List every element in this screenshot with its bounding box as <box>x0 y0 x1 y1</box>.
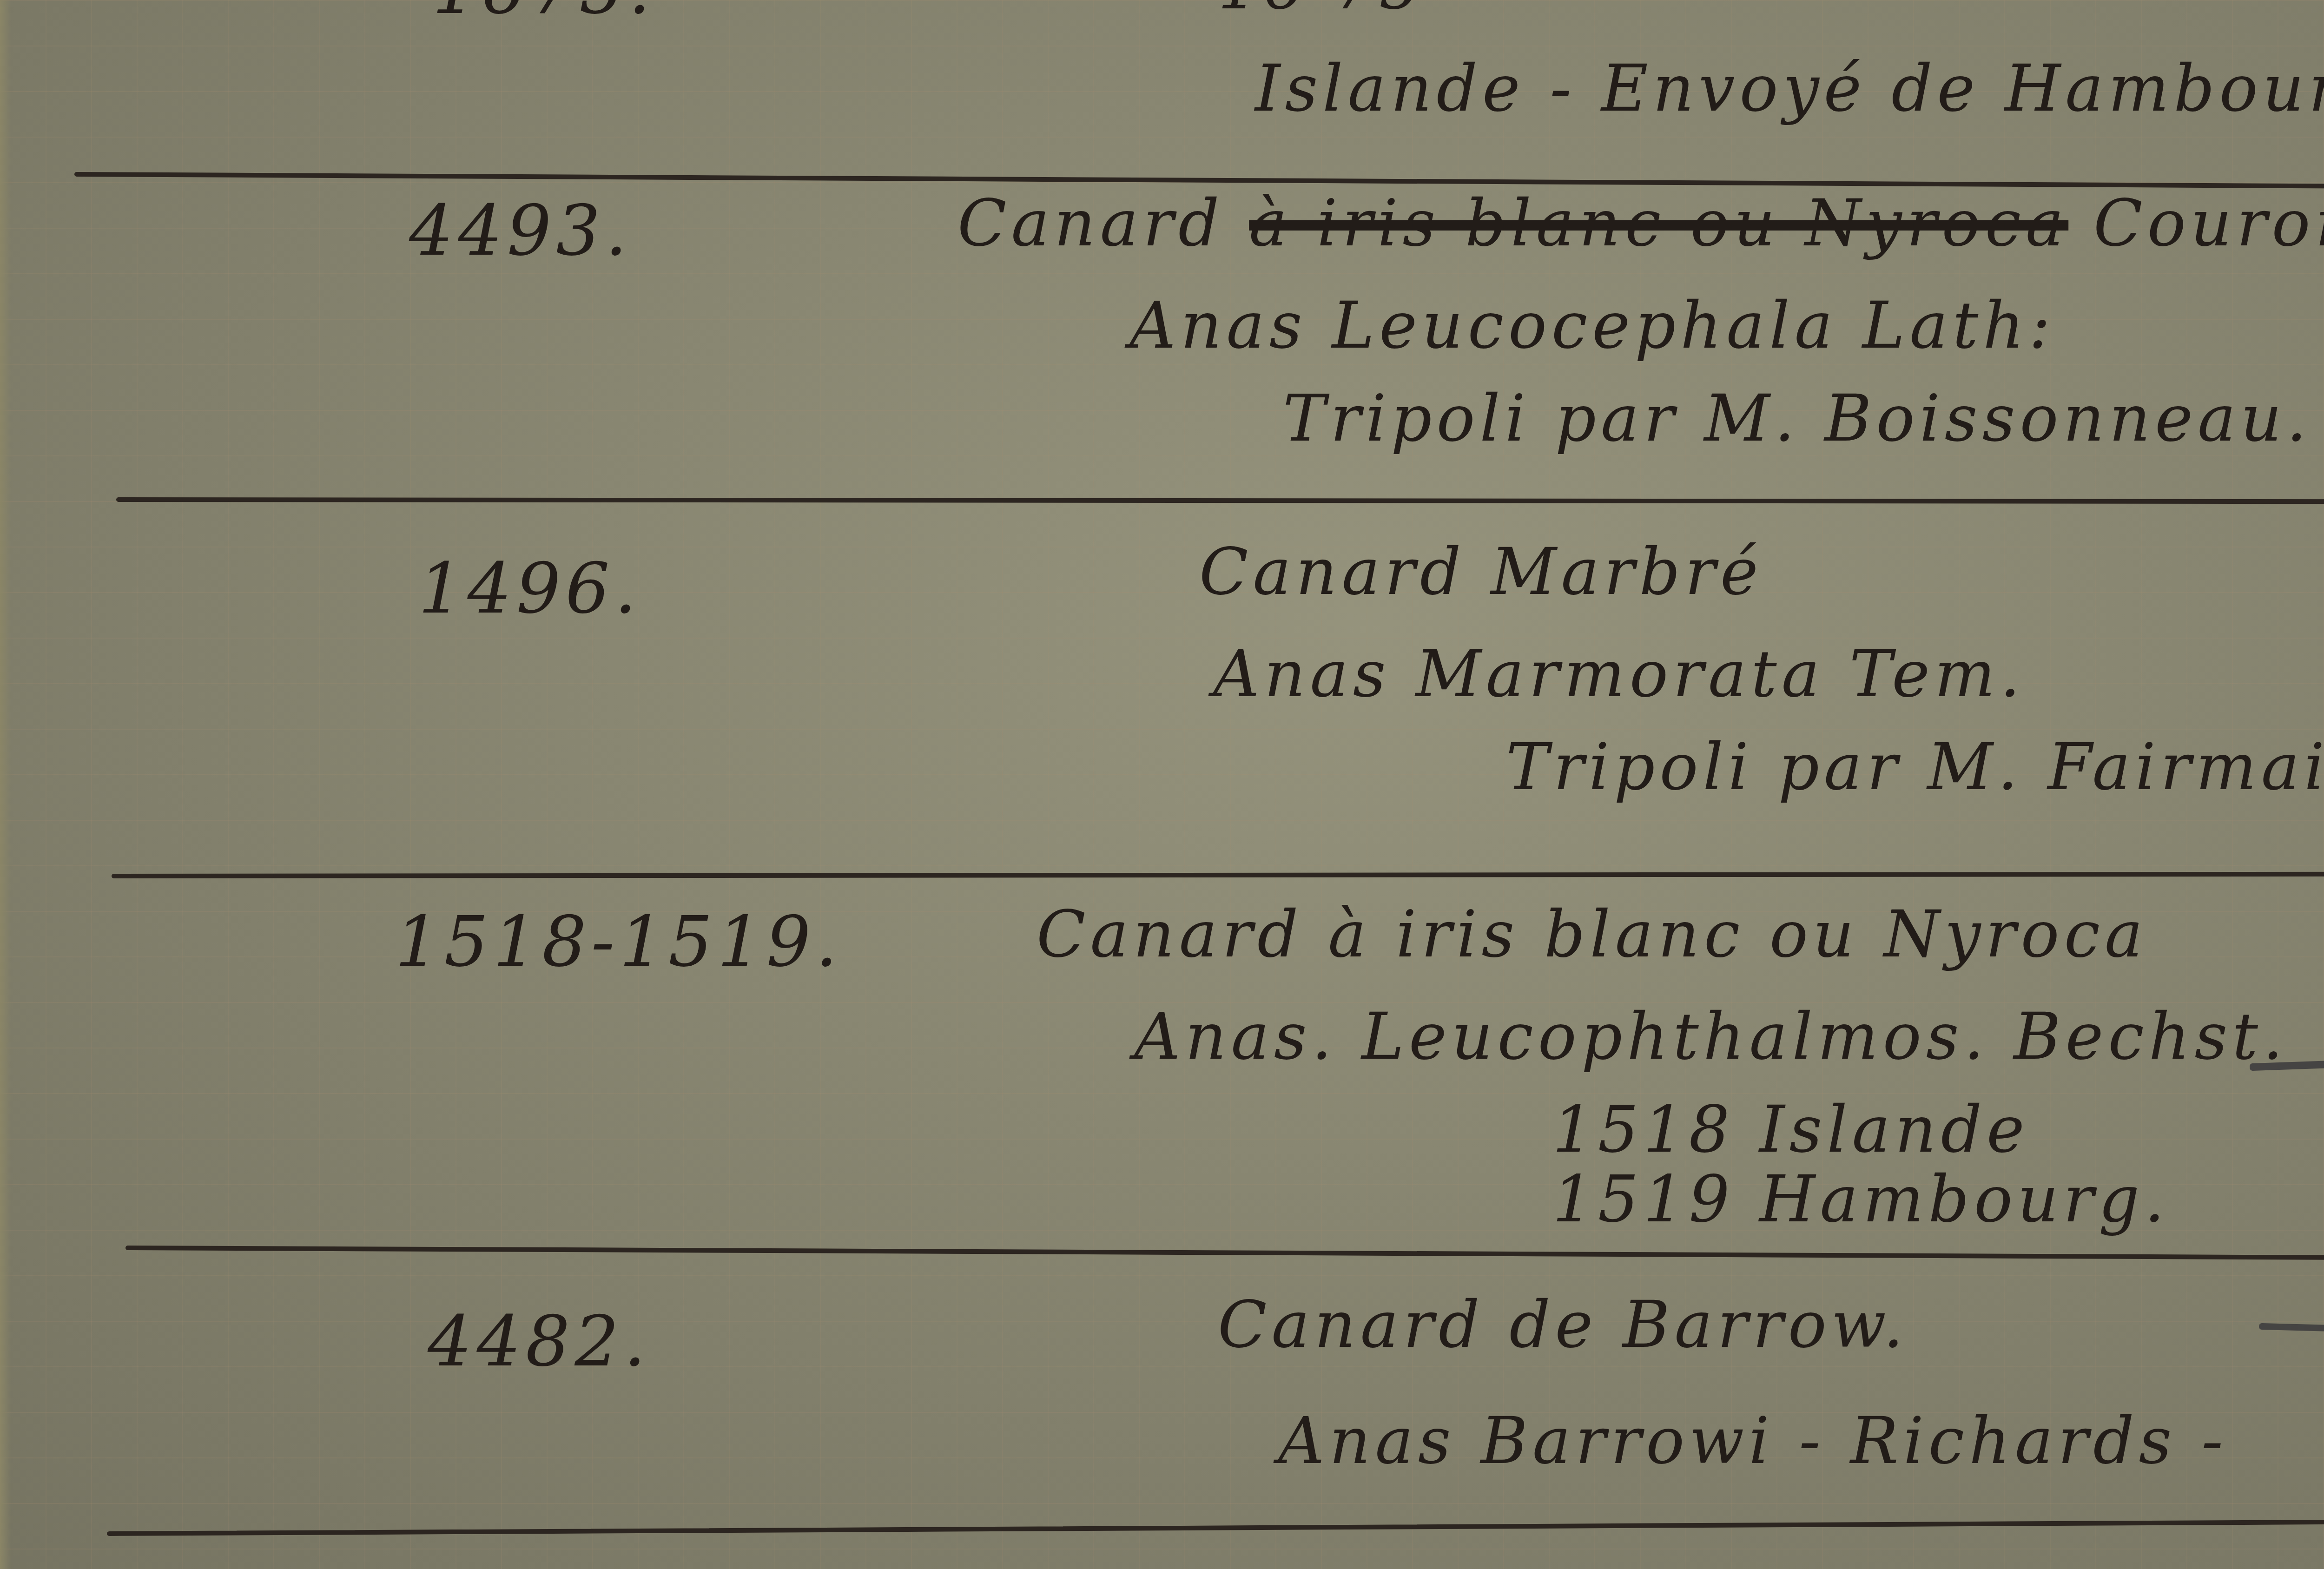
entry-common-name: Canard de Barrow. <box>1218 1287 1908 1362</box>
entry-number: 4493. <box>409 191 632 271</box>
entry-common-name: Canard Marbré <box>1199 534 1763 609</box>
entry-provenance: 1518 Islande <box>1552 1092 2029 1167</box>
ledger-page: 1675. 16 75 Islande - Envoyé de Hambourg… <box>0 0 2324 1569</box>
entry-scientific-name: Anas Leucocephala Lath: <box>1129 288 2055 363</box>
entry-common-name: Canard à iris blanc ou Nyroca <box>1037 897 2147 972</box>
page-left-edge <box>0 0 11 1569</box>
row-separator <box>107 1519 2324 1536</box>
entry-line: 16 75 <box>1218 0 1425 24</box>
entry-number: 1518-1519. <box>395 902 842 982</box>
entry-number: 1675. <box>432 0 655 30</box>
row-separator <box>125 1246 2324 1261</box>
entry-common-name: Canard à iris blanc ou Nyroca Couronné <box>957 186 2324 261</box>
entry-number: 1496. <box>418 548 641 629</box>
entry-scientific-name: Anas Barrowi - Richards - <box>1278 1404 2228 1478</box>
entry-provenance: Tripoli par M. Fairmaire <box>1506 730 2324 804</box>
struck-text: à iris blanc ou Nyroca <box>1249 186 2068 261</box>
entry-scientific-name: Anas. Leucophthalmos. Bechst. <box>1134 999 2288 1074</box>
common-name-prefix: Canard <box>957 186 1224 261</box>
row-separator <box>116 497 2324 504</box>
entry-provenance: Tripoli par M. Boissonneau. <box>1283 381 2311 456</box>
entry-provenance: 1519 Hambourg. <box>1552 1162 2169 1237</box>
entry-number: 4482. <box>428 1301 650 1382</box>
common-name-suffix: Couronné <box>2093 186 2324 261</box>
row-separator <box>112 872 2324 878</box>
entry-scientific-name: Anas Marmorata Tem. <box>1213 637 2025 712</box>
entry-line: Islande - Envoyé de Hambourg. <box>1255 51 2324 126</box>
